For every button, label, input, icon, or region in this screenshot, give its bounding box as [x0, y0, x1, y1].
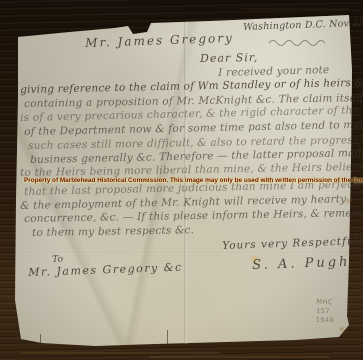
fold-crease-horizontal: [18, 252, 348, 254]
flourish-underline-icon: [268, 38, 328, 46]
paper-crack: [40, 334, 41, 344]
wood-grain-streak: [240, 8, 350, 10]
stain-spot: [338, 326, 345, 332]
wood-grain-streak: [20, 352, 220, 354]
footer-to-label: To: [52, 255, 63, 265]
salutation: Dear Sir,: [200, 51, 258, 65]
archive-line-3: 1948: [316, 316, 335, 326]
archive-accession-mark: MHC 157 1948: [316, 298, 335, 326]
wood-grain-streak: [150, 356, 330, 358]
photo-stage: Washington D.C. Nov 25 1852 Mr. James Gr…: [0, 0, 363, 360]
copyright-watermark: Property of Marblehead Historical Commis…: [24, 177, 356, 184]
paper-crack: [167, 330, 168, 345]
